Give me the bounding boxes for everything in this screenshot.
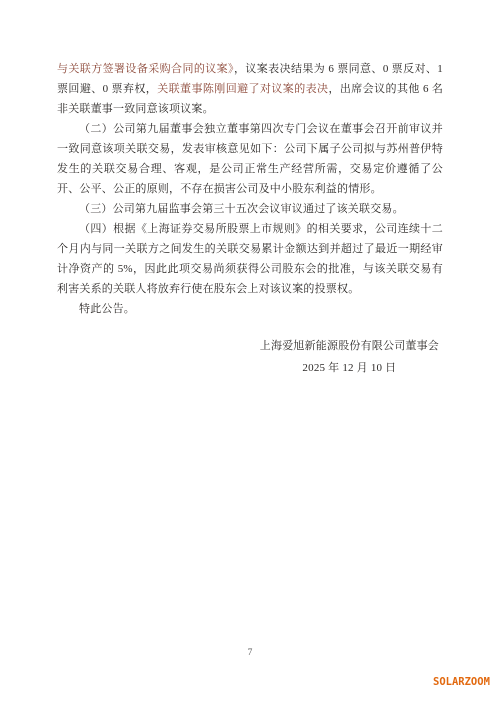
solarzoom-watermark: SOLARZOOM bbox=[433, 676, 490, 689]
document-page: 与关联方签署设备采购合同的议案》，议案表决结果为 6 票同意、0 票反对、1 票… bbox=[0, 0, 500, 707]
recusal-text: 关联董事陈刚回避了对议案的表决 bbox=[157, 83, 328, 95]
signature-block: 上海爱旭新能源股份有限公司董事会 2025 年 12 月 10 日 bbox=[57, 336, 443, 378]
proposal-title-fragment: 与关联方签署设备采购合同的议案》 bbox=[57, 63, 234, 75]
page-number: 7 bbox=[0, 647, 500, 659]
document-body: 与关联方签署设备采购合同的议案》，议案表决结果为 6 票同意、0 票反对、1 票… bbox=[57, 59, 443, 378]
paragraph-supervisory-board: （三）公司第九届监事会第三十五次会议审议通过了该关联交易。 bbox=[57, 199, 443, 219]
closing-statement: 特此公告。 bbox=[57, 299, 443, 319]
paragraph-listing-rules: （四）根据《上海证券交易所股票上市规则》的相关要求，公司连续十二个月内与同一关联… bbox=[57, 219, 443, 299]
signature-company: 上海爱旭新能源股份有限公司董事会 bbox=[260, 336, 439, 356]
paragraph-vote-result: 与关联方签署设备采购合同的议案》，议案表决结果为 6 票同意、0 票反对、1 票… bbox=[57, 59, 443, 119]
signature-inner: 上海爱旭新能源股份有限公司董事会 2025 年 12 月 10 日 bbox=[260, 336, 439, 378]
paragraph-independent-directors-opinion: （二）公司第九届董事会独立董事第四次专门会议在董事会召开前审议并一致同意该项关联… bbox=[57, 119, 443, 199]
signature-date: 2025 年 12 月 10 日 bbox=[260, 358, 439, 378]
